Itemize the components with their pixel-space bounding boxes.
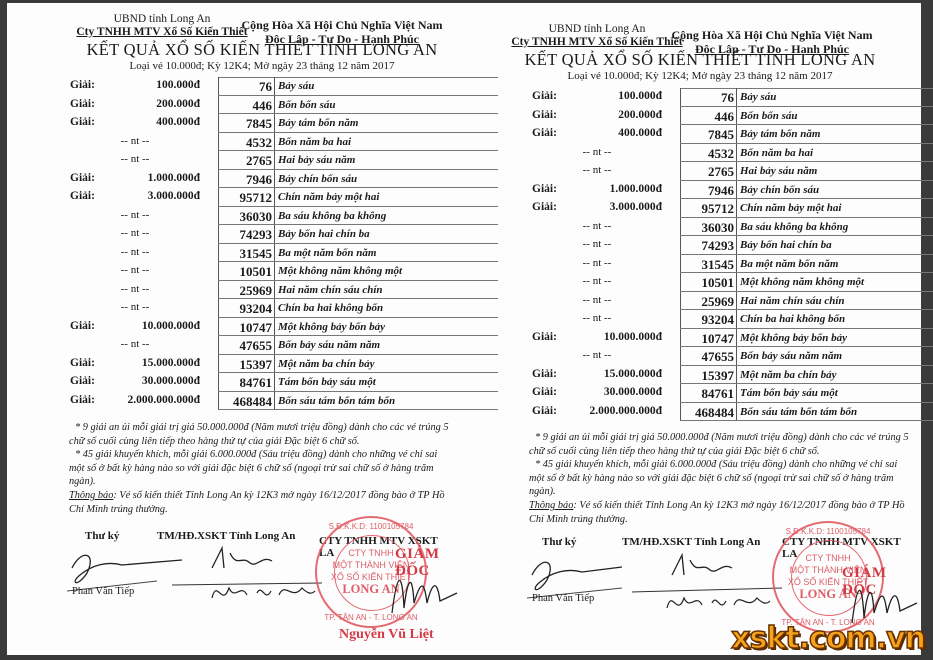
document-subtitle: Loại vé 10.000đ; Kỳ 12K4; Mở ngày 23 thá… bbox=[500, 70, 900, 82]
same-as-above-label: -- nt -- bbox=[105, 301, 165, 313]
prize-amount: 1.000.000đ bbox=[572, 183, 662, 195]
document-title: KẾT QUẢ XỔ SỐ KIẾN THIẾT TỈNH LONG AN bbox=[500, 50, 900, 70]
number-in-words: Bốn sáu tám bốn tám bốn bbox=[274, 392, 484, 411]
prize-label: Giải: bbox=[70, 79, 104, 91]
number-in-words: Bảy bốn hai chín ba bbox=[274, 225, 484, 244]
stamp-ring-top: S.Đ.K.K.D: 1100105784 bbox=[774, 527, 882, 536]
prize-amount: 10.000.000đ bbox=[110, 320, 200, 332]
number-in-words: Bảy tám bốn năm bbox=[274, 114, 484, 133]
winning-number: 76 bbox=[218, 77, 274, 96]
winning-number: 93204 bbox=[218, 299, 274, 318]
prize-amount: 400.000đ bbox=[110, 116, 200, 128]
notice-text: : Vé số kiến thiết Tỉnh Long An kỳ 12K3 … bbox=[69, 490, 445, 515]
winning-number: 10501 bbox=[218, 262, 274, 281]
org-line-2: Cty TNHH MTV Xổ Số Kiến Thiết bbox=[507, 36, 687, 49]
prize-amount: 2.000.000.000đ bbox=[110, 394, 200, 406]
winning-number: 446 bbox=[218, 96, 274, 115]
winning-number: 47655 bbox=[680, 347, 736, 366]
same-as-above-label: -- nt -- bbox=[567, 349, 627, 361]
prize-amount: 3.000.000đ bbox=[572, 201, 662, 213]
number-in-words: Hai năm chín sáu chín bbox=[736, 292, 933, 311]
prize-amount: 100.000đ bbox=[110, 79, 200, 91]
number-in-words: Bốn năm ba hai bbox=[736, 144, 933, 163]
winning-number: 84761 bbox=[680, 384, 736, 403]
handwritten-name-icon bbox=[662, 583, 772, 623]
winning-number: 76 bbox=[680, 88, 736, 107]
winning-number: 15397 bbox=[680, 366, 736, 385]
prize-label: Giải: bbox=[70, 98, 104, 110]
number-in-words: Bốn bảy sáu năm năm bbox=[274, 336, 484, 355]
number-in-words: Bốn năm ba hai bbox=[274, 133, 484, 152]
note-consolation: * 9 giải an ủi mỗi giải trị giá 50.000.0… bbox=[69, 421, 449, 448]
notice: Thông báo: Vé số kiến thiết Tỉnh Long An… bbox=[529, 499, 909, 526]
number-in-words: Ba một năm bốn năm bbox=[274, 244, 484, 263]
prize-amount: 2.000.000.000đ bbox=[572, 405, 662, 417]
same-as-above-label: -- nt -- bbox=[105, 283, 165, 295]
notice-label: Thông báo bbox=[529, 500, 573, 511]
prize-amount: 3.000.000đ bbox=[110, 190, 200, 202]
row-divider bbox=[680, 420, 933, 421]
notice-text: : Vé số kiến thiết Tỉnh Long An kỳ 12K3 … bbox=[529, 500, 905, 525]
number-in-words: Bảy chín bốn sáu bbox=[736, 181, 933, 200]
number-in-words: Bảy bốn hai chín ba bbox=[736, 236, 933, 255]
prize-amount: 200.000đ bbox=[572, 109, 662, 121]
site-watermark: xskt.com.vn bbox=[731, 621, 925, 656]
winning-number: 7845 bbox=[218, 114, 274, 133]
winning-number: 7946 bbox=[218, 170, 274, 189]
nation-name: Cộng Hòa Xã Hội Chủ Nghĩa Việt Nam bbox=[237, 18, 447, 32]
prize-amount: 15.000.000đ bbox=[572, 368, 662, 380]
number-in-words: Bốn bảy sáu năm năm bbox=[736, 347, 933, 366]
handwritten-name-icon bbox=[207, 573, 317, 613]
number-in-words: Một không bảy bốn bảy bbox=[736, 329, 933, 348]
prize-amount: 1.000.000đ bbox=[110, 172, 200, 184]
winning-number: 93204 bbox=[680, 310, 736, 329]
winning-number: 468484 bbox=[680, 403, 736, 422]
nation-name: Cộng Hòa Xã Hội Chủ Nghĩa Việt Nam bbox=[667, 28, 877, 42]
prize-label: Giải: bbox=[532, 90, 566, 102]
org-line-2: Cty TNHH MTV Xổ Số Kiến Thiết bbox=[72, 26, 252, 39]
number-in-words: Hai bảy sáu năm bbox=[274, 151, 484, 170]
number-in-words: Một không năm không một bbox=[274, 262, 484, 281]
number-in-words: Tám bốn bảy sáu một bbox=[274, 373, 484, 392]
prize-label: Giải: bbox=[70, 116, 104, 128]
same-as-above-label: -- nt -- bbox=[105, 135, 165, 147]
same-as-above-label: -- nt -- bbox=[105, 264, 165, 276]
same-as-above-label: -- nt -- bbox=[567, 294, 627, 306]
secretary-name: Phan Văn Tiếp bbox=[72, 586, 134, 597]
winning-number: 15397 bbox=[218, 355, 274, 374]
note-encouragement: * 45 giải khuyến khích, mỗi giải 6.000.0… bbox=[529, 458, 909, 499]
stamp-ring-top: S.Đ.K.K.D: 1100105784 bbox=[317, 522, 425, 531]
winning-number: 446 bbox=[680, 107, 736, 126]
number-in-words: Bảy sáu bbox=[274, 77, 484, 96]
prize-amount: 30.000.000đ bbox=[572, 386, 662, 398]
prize-label: Giải: bbox=[532, 109, 566, 121]
prize-label: Giải: bbox=[532, 201, 566, 213]
same-as-above-label: -- nt -- bbox=[567, 312, 627, 324]
org-line-1: UBND tỉnh Long An bbox=[507, 23, 687, 36]
prize-amount: 200.000đ bbox=[110, 98, 200, 110]
prize-label: Giải: bbox=[532, 127, 566, 139]
result-sheet-right: UBND tỉnh Long An Cty TNHH MTV Xổ Số Kiế… bbox=[462, 13, 902, 660]
prize-label: Giải: bbox=[70, 357, 104, 369]
prize-label: Giải: bbox=[532, 405, 566, 417]
winning-number: 468484 bbox=[218, 392, 274, 411]
prize-label: Giải: bbox=[70, 320, 104, 332]
number-in-words: Hai bảy sáu năm bbox=[736, 162, 933, 181]
document-subtitle: Loại vé 10.000đ; Kỳ 12K4; Mở ngày 23 thá… bbox=[62, 60, 462, 72]
secretary-name: Phan Văn Tiếp bbox=[532, 593, 594, 604]
number-in-words: Chín ba hai không bốn bbox=[274, 299, 484, 318]
prize-amount: 30.000.000đ bbox=[110, 375, 200, 387]
council-title: TM/HĐ.XSKT Tỉnh Long An bbox=[157, 530, 295, 542]
winning-number: 25969 bbox=[680, 292, 736, 311]
winning-number: 10747 bbox=[680, 329, 736, 348]
council-title: TM/HĐ.XSKT Tỉnh Long An bbox=[622, 536, 760, 548]
winning-number: 31545 bbox=[680, 255, 736, 274]
winning-number: 36030 bbox=[218, 207, 274, 226]
number-in-words: Bảy sáu bbox=[736, 88, 933, 107]
winning-number: 74293 bbox=[218, 225, 274, 244]
winning-number: 74293 bbox=[680, 236, 736, 255]
prize-label: Giải: bbox=[70, 190, 104, 202]
notice: Thông báo: Vé số kiến thiết Tỉnh Long An… bbox=[69, 489, 449, 516]
same-as-above-label: -- nt -- bbox=[105, 209, 165, 221]
number-in-words: Hai năm chín sáu chín bbox=[274, 281, 484, 300]
prize-label: Giải: bbox=[532, 183, 566, 195]
winning-number: 4532 bbox=[680, 144, 736, 163]
row-divider bbox=[218, 409, 498, 410]
winning-number: 95712 bbox=[680, 199, 736, 218]
note-encouragement: * 45 giải khuyến khích, mỗi giải 6.000.0… bbox=[69, 448, 449, 489]
director-name: Nguyễn Vũ Liệt bbox=[339, 627, 434, 643]
winning-number: 7946 bbox=[680, 181, 736, 200]
prize-label: Giải: bbox=[532, 331, 566, 343]
notes: * 9 giải an ủi mỗi giải trị giá 50.000.0… bbox=[529, 431, 909, 526]
same-as-above-label: -- nt -- bbox=[567, 238, 627, 250]
winning-number: 47655 bbox=[218, 336, 274, 355]
header-organization: UBND tỉnh Long An Cty TNHH MTV Xổ Số Kiế… bbox=[507, 23, 687, 49]
number-in-words: Chín năm bảy một hai bbox=[736, 199, 933, 218]
number-in-words: Bốn bốn sáu bbox=[274, 96, 484, 115]
header-organization: UBND tỉnh Long An Cty TNHH MTV Xổ Số Kiế… bbox=[72, 13, 252, 39]
prize-amount: 10.000.000đ bbox=[572, 331, 662, 343]
same-as-above-label: -- nt -- bbox=[105, 338, 165, 350]
number-in-words: Chín ba hai không bốn bbox=[736, 310, 933, 329]
same-as-above-label: -- nt -- bbox=[567, 220, 627, 232]
director-signature-icon bbox=[382, 563, 462, 623]
number-in-words: Ba sáu không ba không bbox=[736, 218, 933, 237]
same-as-above-label: -- nt -- bbox=[567, 275, 627, 287]
scanned-page: UBND tỉnh Long An Cty TNHH MTV Xổ Số Kiế… bbox=[7, 3, 921, 655]
notes: * 9 giải an ủi mỗi giải trị giá 50.000.0… bbox=[69, 421, 449, 516]
number-in-words: Một năm ba chín bảy bbox=[274, 355, 484, 374]
prize-label: Giải: bbox=[70, 375, 104, 387]
winning-number: 25969 bbox=[218, 281, 274, 300]
prize-label: Giải: bbox=[532, 368, 566, 380]
number-in-words: Chín năm bảy một hai bbox=[274, 188, 484, 207]
result-sheet-left: UBND tỉnh Long An Cty TNHH MTV Xổ Số Kiế… bbox=[7, 3, 447, 655]
winning-number: 7845 bbox=[680, 125, 736, 144]
prize-label: Giải: bbox=[70, 394, 104, 406]
same-as-above-label: -- nt -- bbox=[567, 257, 627, 269]
prize-amount: 15.000.000đ bbox=[110, 357, 200, 369]
same-as-above-label: -- nt -- bbox=[567, 146, 627, 158]
number-in-words: Bốn sáu tám bốn tám bốn bbox=[736, 403, 933, 422]
number-in-words: Bảy tám bốn năm bbox=[736, 125, 933, 144]
number-in-words: Bốn bốn sáu bbox=[736, 107, 933, 126]
number-in-words: Một không năm không một bbox=[736, 273, 933, 292]
org-line-1: UBND tỉnh Long An bbox=[72, 13, 252, 26]
note-consolation: * 9 giải an ủi mỗi giải trị giá 50.000.0… bbox=[529, 431, 909, 458]
winning-number: 95712 bbox=[218, 188, 274, 207]
number-in-words: Ba một năm bốn năm bbox=[736, 255, 933, 274]
prize-label: Giải: bbox=[532, 386, 566, 398]
stamp-line-1: CTY TNHH bbox=[774, 553, 882, 563]
document-title: KẾT QUẢ XỔ SỐ KIẾN THIẾT TỈNH LONG AN bbox=[62, 40, 462, 60]
winning-number: 2765 bbox=[218, 151, 274, 170]
winning-number: 10501 bbox=[680, 273, 736, 292]
winning-number: 4532 bbox=[218, 133, 274, 152]
same-as-above-label: -- nt -- bbox=[105, 246, 165, 258]
same-as-above-label: -- nt -- bbox=[105, 227, 165, 239]
number-in-words: Tám bốn bảy sáu một bbox=[736, 384, 933, 403]
same-as-above-label: -- nt -- bbox=[105, 153, 165, 165]
winning-number: 31545 bbox=[218, 244, 274, 263]
prize-label: Giải: bbox=[70, 172, 104, 184]
winning-number: 84761 bbox=[218, 373, 274, 392]
number-in-words: Một không bảy bốn bảy bbox=[274, 318, 484, 337]
number-in-words: Ba sáu không ba không bbox=[274, 207, 484, 226]
winning-number: 10747 bbox=[218, 318, 274, 337]
winning-number: 2765 bbox=[680, 162, 736, 181]
secretary-title: Thư ký bbox=[542, 536, 576, 548]
secretary-title: Thư ký bbox=[85, 530, 119, 542]
notice-label: Thông báo bbox=[69, 490, 113, 501]
prize-amount: 400.000đ bbox=[572, 127, 662, 139]
number-in-words: Bảy chín bốn sáu bbox=[274, 170, 484, 189]
winning-number: 36030 bbox=[680, 218, 736, 237]
prize-amount: 100.000đ bbox=[572, 90, 662, 102]
same-as-above-label: -- nt -- bbox=[567, 164, 627, 176]
number-in-words: Một năm ba chín bảy bbox=[736, 366, 933, 385]
